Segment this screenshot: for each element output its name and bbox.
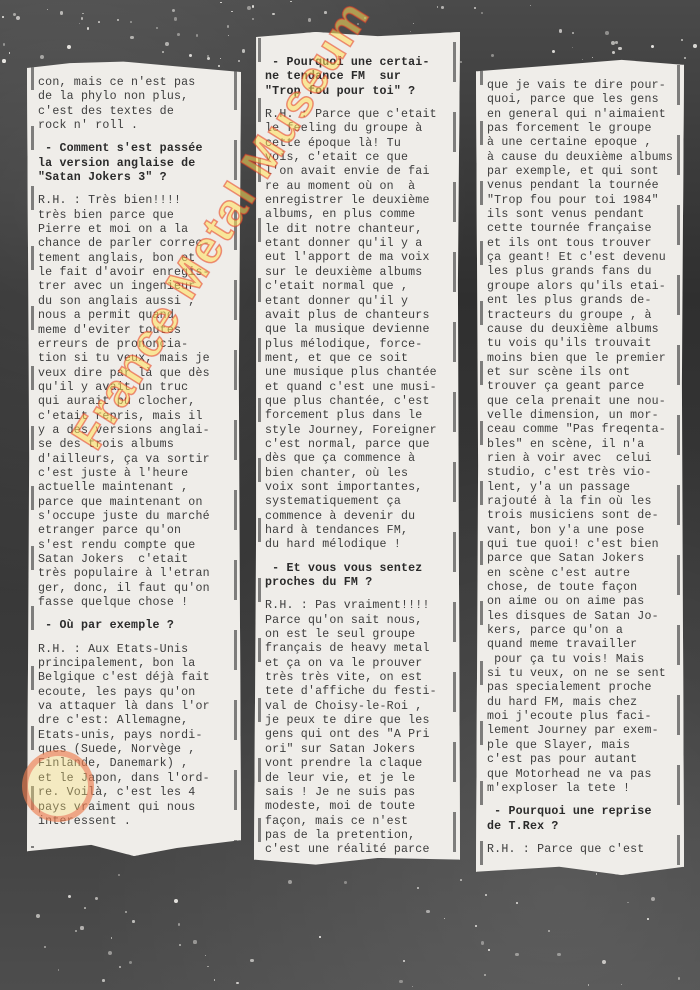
text-column-1: con, mais ce n'est pas de la phylo non p…: [27, 60, 241, 856]
interview-question: - Et vous vous sentez proches du FM ?: [265, 562, 454, 591]
interview-answer: R.H. : Très bien!!!! très bien parce que…: [38, 194, 235, 610]
interview-answer: con, mais ce n'est pas de la phylo non p…: [38, 76, 235, 133]
text-column-2: - Pourquoi une certai- ne tendance FM su…: [254, 32, 460, 868]
column-3-content: que je vais te dire pour- quoi, parce qu…: [487, 79, 678, 857]
interview-answer: R.H. : Pas vraiment!!!! Parce qu'on sait…: [265, 599, 454, 857]
interview-question: - Pourquoi une reprise de T.Rex ?: [487, 805, 678, 834]
interview-question: - Où par exemple ?: [38, 619, 235, 633]
column-2-content: - Pourquoi une certai- ne tendance FM su…: [265, 47, 454, 858]
interview-question: - Comment s'est passée la version anglai…: [38, 142, 235, 185]
watermark-logo-icon: [22, 750, 94, 822]
interview-question: - Pourquoi une certai- ne tendance FM su…: [265, 56, 454, 99]
column-1-content: con, mais ce n'est pas de la phylo non p…: [38, 76, 235, 829]
interview-answer: R.H. : Parce que c'etait le feeling du g…: [265, 108, 454, 553]
interview-answer: R.H. : Parce que c'est: [487, 843, 678, 857]
interview-answer: que je vais te dire pour- quoi, parce qu…: [487, 79, 678, 796]
text-column-3: que je vais te dire pour- quoi, parce qu…: [476, 55, 684, 875]
